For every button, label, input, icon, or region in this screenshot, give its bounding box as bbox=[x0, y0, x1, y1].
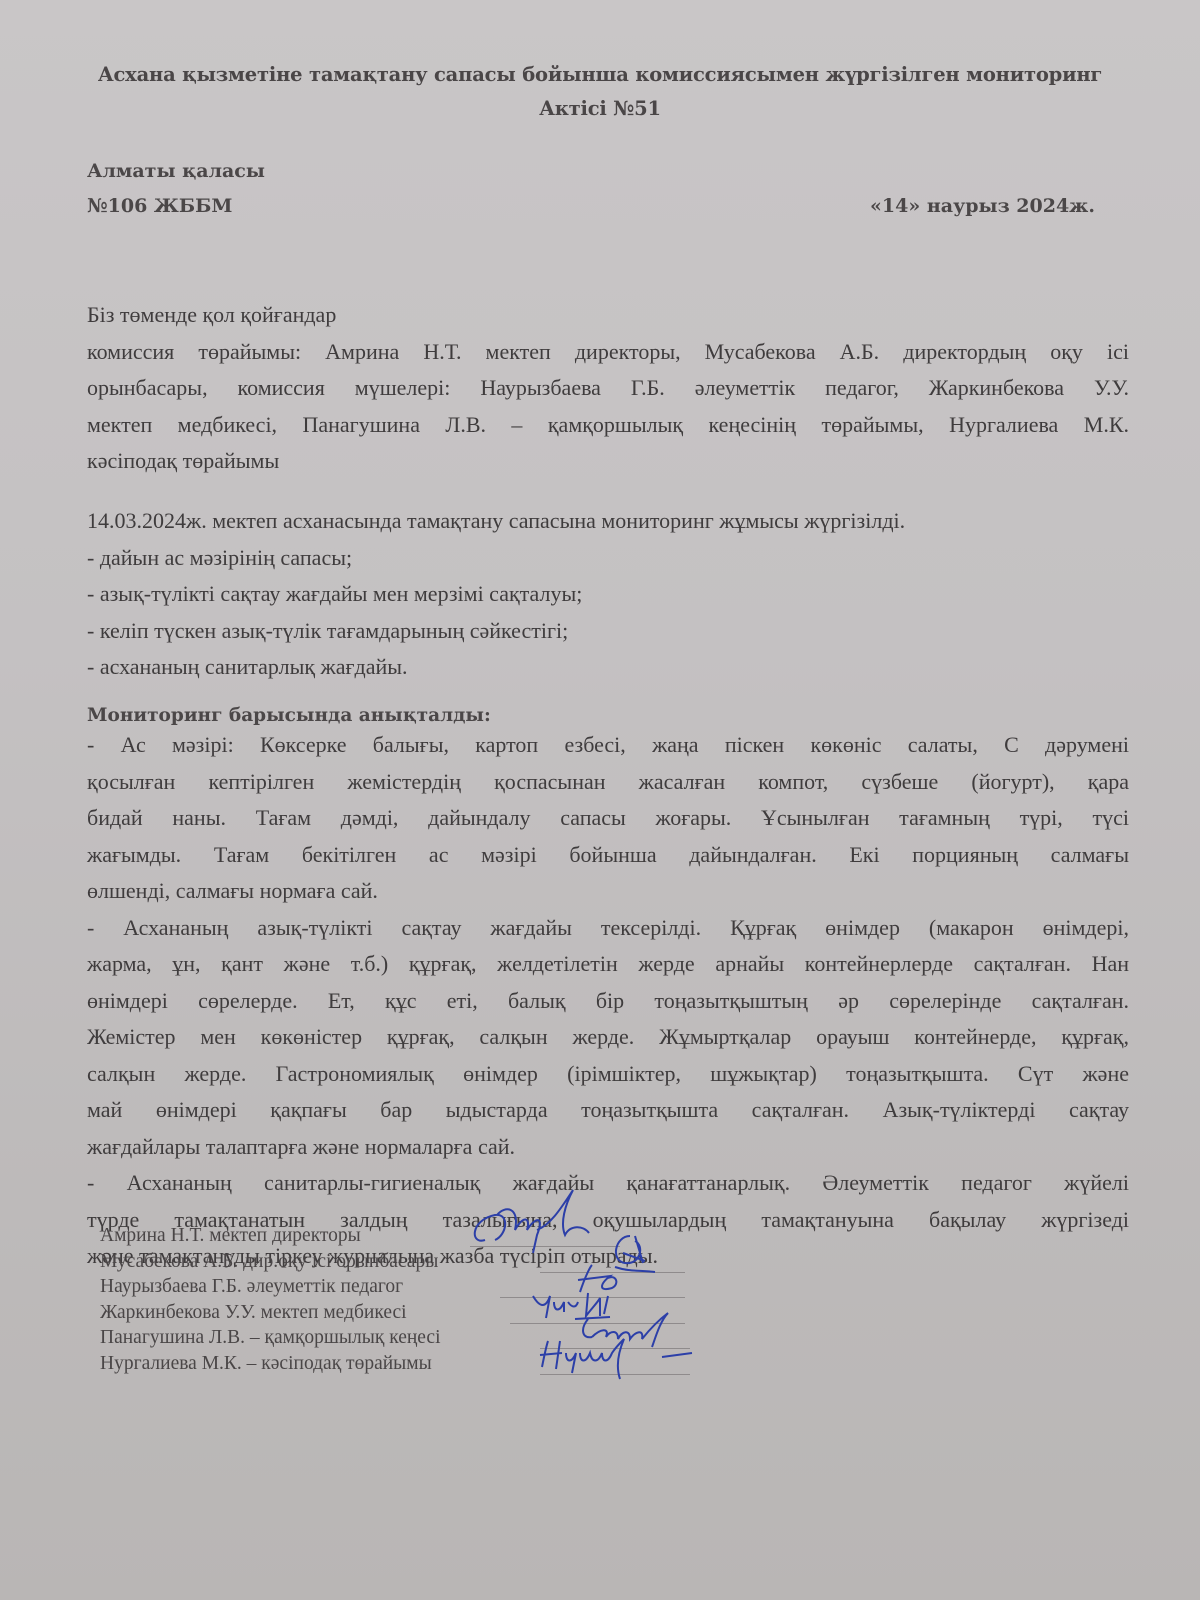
intro-line: комиссия төрайымы: Амрина Н.Т. мектеп ди… bbox=[87, 334, 1129, 371]
signatory-label: Мусабекова А.Б. дир.оқу ісі орынбасары bbox=[100, 1251, 438, 1272]
monitoring-item: - келіп түскен азық-түлік тағамдарының с… bbox=[87, 613, 1129, 650]
findings-line: жағдайлары талаптарға және нормаларға са… bbox=[87, 1129, 1129, 1166]
signatory-label: Амрина Н.Т. мектеп директоры bbox=[100, 1225, 361, 1246]
findings-line: жарма, ұн, қант және т.б.) құрғақ, желде… bbox=[87, 946, 1129, 983]
monitoring-item: - азық-түлікті сақтау жағдайы мен мерзім… bbox=[87, 576, 1129, 613]
findings-line: - Асхананың санитарлы-гигиеналық жағдайы… bbox=[87, 1165, 1129, 1202]
findings-line: май өнімдері қақпағы бар ыдыстарда тоңаз… bbox=[87, 1092, 1129, 1129]
findings-section: - Ас мәзірі: Көксерке балығы, картоп езб… bbox=[87, 727, 1129, 1275]
school-label: №106 ЖББМ bbox=[87, 195, 232, 217]
findings-line: - Ас мәзірі: Көксерке балығы, картоп езб… bbox=[87, 727, 1129, 764]
findings-line: қосылған кептірілген жемістердің қоспасы… bbox=[87, 764, 1129, 801]
monitoring-section: 14.03.2024ж. мектеп асханасында тамақтан… bbox=[87, 503, 1129, 686]
handwritten-signature-icon bbox=[465, 1185, 605, 1260]
monitoring-statement: 14.03.2024ж. мектеп асханасында тамақтан… bbox=[87, 503, 1129, 540]
intro-line: кәсіподақ төрайымы bbox=[87, 443, 1129, 480]
findings-line: салқын жерде. Гастрономиялық өнімдер (ір… bbox=[87, 1056, 1129, 1093]
title-line-1: Асхана қызметіне тамақтану сапасы бойынш… bbox=[80, 58, 1120, 92]
intro-line: Біз төменде қол қойғандар bbox=[87, 297, 1129, 334]
findings-line: өнімдері сөрелерде. Ет, құс еті, балық б… bbox=[87, 983, 1129, 1020]
signature-row: Нургалиева М.К. – кәсіподақ төрайымы bbox=[100, 1353, 720, 1379]
document-page: Асхана қызметіне тамақтану сапасы бойынш… bbox=[0, 0, 1200, 1600]
monitoring-item: - асхананың санитарлық жағдайы. bbox=[87, 649, 1129, 686]
findings-line: бидай наны. Тағам дәмді, дайындалу сапас… bbox=[87, 800, 1129, 837]
handwritten-signature-icon bbox=[532, 1337, 702, 1381]
monitoring-item: - дайын ас мәзірінің сапасы; bbox=[87, 540, 1129, 577]
findings-heading: Мониторинг барысында анықталды: bbox=[87, 705, 491, 726]
city-label: Алматы қаласы bbox=[87, 160, 265, 182]
signatory-label: Жаркинбекова У.У. мектеп медбикесі bbox=[100, 1302, 407, 1323]
intro-line: орынбасары, комиссия мүшелері: Наурызбае… bbox=[87, 370, 1129, 407]
intro-line: мектеп медбикесі, Панагушина Л.В. – қамқ… bbox=[87, 407, 1129, 444]
findings-line: өлшенді, салмағы нормаға сай. bbox=[87, 873, 1129, 910]
signatory-label: Наурызбаева Г.Б. әлеуметтік педагог bbox=[100, 1276, 403, 1297]
signatory-label: Панагушина Л.В. – қамқоршылық кеңесі bbox=[100, 1327, 441, 1348]
intro-paragraph: Біз төменде қол қойғандар комиссия төрай… bbox=[87, 297, 1129, 480]
findings-line: жағымды. Тағам бекітілген ас мәзірі бойы… bbox=[87, 837, 1129, 874]
findings-line: - Асхананың азық-түлікті сақтау жағдайы … bbox=[87, 910, 1129, 947]
document-date: «14» наурыз 2024ж. bbox=[870, 195, 1095, 217]
findings-line: Жемістер мен көкөністер құрғақ, салқын ж… bbox=[87, 1019, 1129, 1056]
title-line-2: Актісі №51 bbox=[80, 92, 1120, 126]
signatory-label: Нургалиева М.К. – кәсіподақ төрайымы bbox=[100, 1353, 432, 1374]
document-title: Асхана қызметіне тамақтану сапасы бойынш… bbox=[80, 58, 1120, 126]
signature-block: Амрина Н.Т. мектеп директоры Мусабекова … bbox=[100, 1225, 720, 1378]
